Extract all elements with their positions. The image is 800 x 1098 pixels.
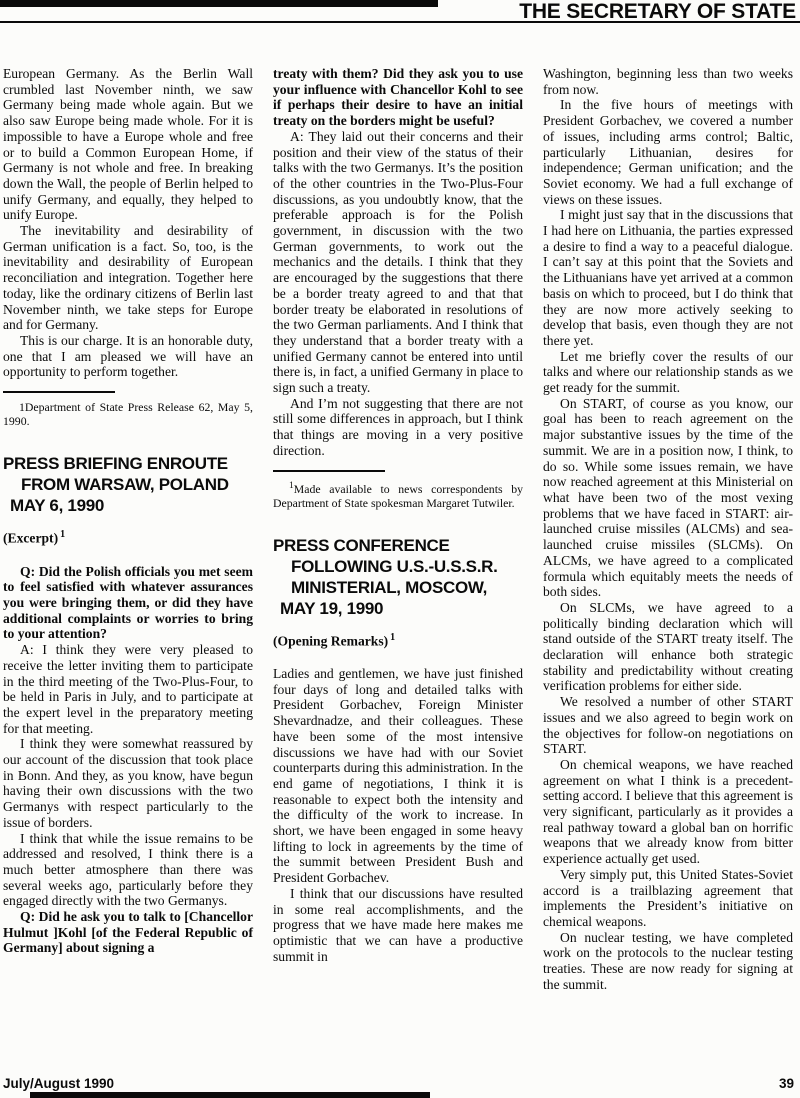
body-paragraph: I think they were somewhat reassured by …	[3, 736, 253, 830]
body-paragraph: We resolved a number of other START issu…	[543, 694, 793, 757]
footnote-reference-marker: 1	[390, 632, 395, 643]
question-paragraph: treaty with them? Did they ask you to us…	[273, 66, 523, 129]
footnote: 1Department of State Press Release 62, M…	[3, 400, 253, 428]
column-2: treaty with them? Did they ask you to us…	[273, 66, 523, 992]
article-columns: European Germany. As the Berlin Wall cru…	[3, 66, 793, 992]
body-paragraph: On SLCMs, we have agreed to a politicall…	[543, 600, 793, 694]
article-subtitle-text: (Excerpt)	[3, 531, 58, 546]
body-paragraph: Ladies and gentlemen, we have just finis…	[273, 666, 523, 886]
body-paragraph: European Germany. As the Berlin Wall cru…	[3, 66, 253, 223]
article-heading-line: PRESS CONFERENCE	[273, 535, 523, 556]
article-heading-line: MAY 19, 1990	[280, 598, 523, 619]
article-heading-line: FOLLOWING U.S.-U.S.S.R.	[291, 556, 523, 577]
body-paragraph: This is our charge. It is an honorable d…	[3, 333, 253, 380]
article-heading-line: PRESS BRIEFING ENROUTE	[3, 453, 253, 474]
article-heading-line: MINISTERIAL, MOSCOW,	[291, 577, 523, 598]
question-paragraph: Q: Did he ask you to talk to [Chancellor…	[3, 909, 253, 956]
body-paragraph: Let me briefly cover the results of our …	[543, 349, 793, 396]
question-paragraph: Q: Did the Polish officials you met seem…	[3, 564, 253, 643]
body-paragraph: A: They laid out their concerns and thei…	[273, 129, 523, 396]
body-paragraph: On nuclear testing, we have completed wo…	[543, 930, 793, 993]
body-paragraph: The inevitability and desirability of Ge…	[3, 223, 253, 333]
footnote-text: Made available to news correspondents by…	[273, 482, 523, 510]
article-heading: PRESS CONFERENCEFOLLOWING U.S.-U.S.S.R.M…	[273, 535, 523, 619]
magazine-page: THE SECRETARY OF STATE European Germany.…	[0, 0, 800, 1098]
article-heading-line: MAY 6, 1990	[10, 495, 253, 516]
body-paragraph: A: I think they were very pleased to rec…	[3, 642, 253, 736]
body-paragraph: I think that our discussions have result…	[273, 886, 523, 965]
body-paragraph: Washington, beginning less than two week…	[543, 66, 793, 97]
footnote-rule	[273, 470, 385, 472]
body-paragraph: In the five hours of meetings with Presi…	[543, 97, 793, 207]
article-subtitle: (Opening Remarks)1	[273, 632, 523, 650]
body-paragraph: I think that while the issue remains to …	[3, 831, 253, 910]
body-paragraph: On START, of course as you know, our goa…	[543, 396, 793, 600]
header-rule-bar	[0, 0, 438, 7]
column-3: Washington, beginning less than two week…	[543, 66, 793, 992]
footer-issue-date: July/August 1990	[3, 1076, 114, 1091]
footer-rule-bar	[30, 1092, 430, 1098]
article-subtitle: (Excerpt)1	[3, 529, 253, 547]
body-paragraph: Very simply put, this United States-Sovi…	[543, 867, 793, 930]
article-subtitle-text: (Opening Remarks)	[273, 633, 388, 648]
column-1: European Germany. As the Berlin Wall cru…	[3, 66, 253, 992]
body-paragraph: And I’m not suggesting that there are no…	[273, 396, 523, 459]
article-heading-line: FROM WARSAW, POLAND	[21, 474, 253, 495]
footnote-reference-marker: 1	[60, 529, 65, 540]
footer-page-number: 39	[779, 1076, 794, 1091]
footnote-text: 1Department of State Press Release 62, M…	[3, 400, 253, 428]
body-paragraph: I might just say that in the discussions…	[543, 207, 793, 348]
footnote-rule	[3, 391, 115, 393]
article-heading: PRESS BRIEFING ENROUTEFROM WARSAW, POLAN…	[3, 453, 253, 516]
body-paragraph: On chemical weapons, we have reached agr…	[543, 757, 793, 867]
header-thin-rule	[0, 21, 800, 23]
footnote: 1Made available to news correspondents b…	[273, 479, 523, 510]
